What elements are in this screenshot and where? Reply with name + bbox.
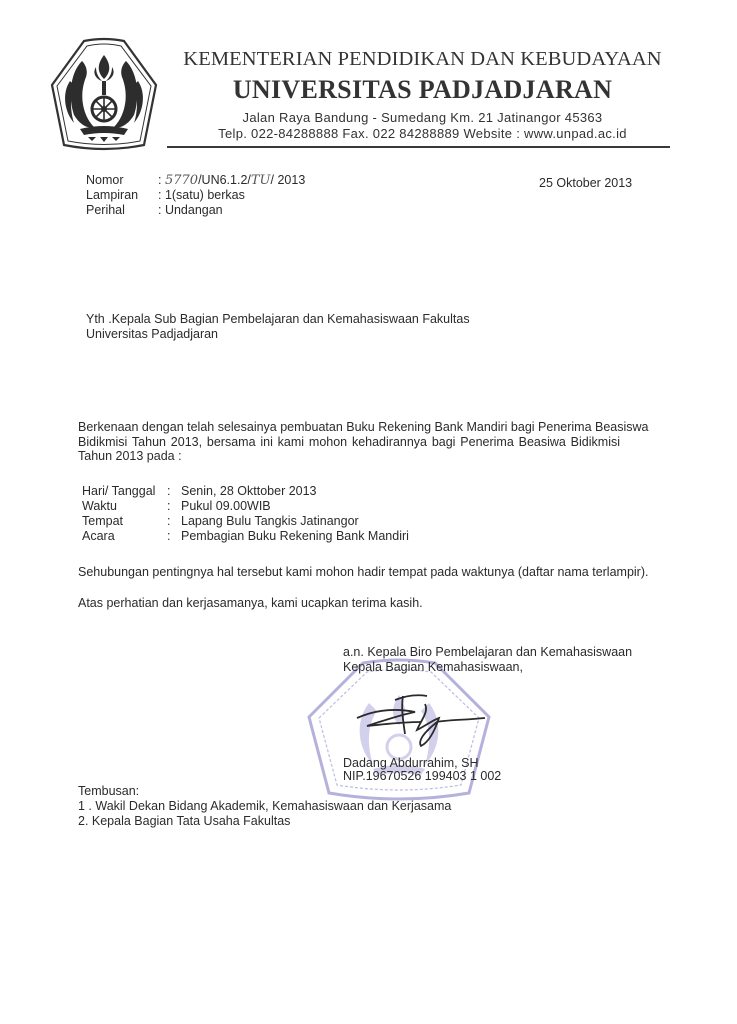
closing-sentence-2: Atas perhatian dan kerjasamanya, kami uc…	[78, 596, 423, 611]
addressee-line-2: Universitas Padjadjaran	[86, 327, 470, 342]
nomor-handwritten-code: TU	[251, 173, 271, 188]
detail-colon: :	[167, 484, 181, 499]
meta-nomor: Nomor : 5770 /UN6.1.2/ TU / 2013	[86, 173, 305, 188]
nomor-handwritten-number: 5770	[165, 173, 198, 188]
paragraph-line: Tahun 2013 pada :	[78, 449, 620, 464]
body-paragraph: Berkenaan dengan telah selesainya pembua…	[78, 420, 620, 464]
paragraph-line: Bidikmisi Tahun 2013, bersama ini kami m…	[78, 435, 620, 450]
meta-lampiran: Lampiran : 1(satu) berkas	[86, 188, 305, 203]
carbon-copy-item: 2. Kepala Bagian Tata Usaha Fakultas	[78, 814, 451, 829]
addressee-line-1: Yth .Kepala Sub Bagian Pembelajaran dan …	[86, 312, 470, 327]
nomor-value: : 5770 /UN6.1.2/ TU / 2013	[158, 173, 305, 188]
detail-value: Pukul 09.00WIB	[181, 499, 271, 514]
signatory-position: Kepala Bagian Kemahasiswaan,	[343, 660, 632, 675]
carbon-copy-item: 1 . Wakil Dekan Bidang Akademik, Kemahas…	[78, 799, 451, 814]
letter-meta: Nomor : 5770 /UN6.1.2/ TU / 2013 Lampira…	[86, 173, 305, 218]
lampiran-label: Lampiran	[86, 188, 158, 203]
carbon-copy-title: Tembusan:	[78, 784, 451, 799]
detail-row: Tempat : Lapang Bulu Tangkis Jatinangor	[78, 514, 409, 529]
nomor-label: Nomor	[86, 173, 158, 188]
detail-row: Acara : Pembagian Buku Rekening Bank Man…	[78, 529, 409, 544]
on-behalf-of: a.n. Kepala Biro Pembelajaran dan Kemaha…	[343, 645, 632, 660]
detail-colon: :	[167, 514, 181, 529]
detail-label: Waktu	[78, 499, 167, 514]
detail-label: Hari/ Tanggal	[78, 484, 167, 499]
letterhead-divider	[167, 146, 670, 148]
event-details: Hari/ Tanggal : Senin, 28 Okttober 2013 …	[78, 484, 409, 544]
unpad-crest-icon	[44, 37, 164, 155]
handwritten-signature	[355, 690, 495, 750]
signature-icon	[355, 690, 495, 750]
paragraph-line: Berkenaan dengan telah selesainya pembua…	[78, 420, 620, 435]
detail-colon: :	[167, 499, 181, 514]
detail-row: Waktu : Pukul 09.00WIB	[78, 499, 409, 514]
detail-value: Lapang Bulu Tangkis Jatinangor	[181, 514, 359, 529]
perihal-label: Perihal	[86, 203, 158, 218]
detail-row: Hari/ Tanggal : Senin, 28 Okttober 2013	[78, 484, 409, 499]
letter-date: 25 Oktober 2013	[539, 176, 632, 191]
lampiran-value: : 1(satu) berkas	[158, 188, 245, 203]
nomor-year: / 2013	[271, 173, 306, 188]
signatory-nip: NIP.19670526 199403 1 002	[343, 769, 501, 784]
detail-label: Tempat	[78, 514, 167, 529]
detail-value: Pembagian Buku Rekening Bank Mandiri	[181, 529, 409, 544]
detail-colon: :	[167, 529, 181, 544]
nomor-colon: :	[158, 173, 161, 188]
detail-value: Senin, 28 Okttober 2013	[181, 484, 317, 499]
ministry-name: KEMENTERIAN PENDIDIKAN DAN KEBUDAYAAN	[170, 48, 675, 71]
signature-block: a.n. Kepala Biro Pembelajaran dan Kemaha…	[343, 645, 632, 675]
university-contact: Telp. 022-84288888 Fax. 022 84288889 Web…	[170, 126, 675, 141]
university-name: UNIVERSITAS PADJADJARAN	[170, 75, 675, 105]
university-address: Jalan Raya Bandung - Sumedang Km. 21 Jat…	[170, 110, 675, 125]
perihal-value: : Undangan	[158, 203, 223, 218]
carbon-copy: Tembusan: 1 . Wakil Dekan Bidang Akademi…	[78, 784, 451, 829]
nomor-code: /UN6.1.2/	[198, 173, 251, 188]
meta-perihal: Perihal : Undangan	[86, 203, 305, 218]
closing-sentence-1: Sehubungan pentingnya hal tersebut kami …	[78, 565, 648, 580]
detail-label: Acara	[78, 529, 167, 544]
addressee: Yth .Kepala Sub Bagian Pembelajaran dan …	[86, 312, 470, 342]
university-logo	[44, 37, 164, 155]
